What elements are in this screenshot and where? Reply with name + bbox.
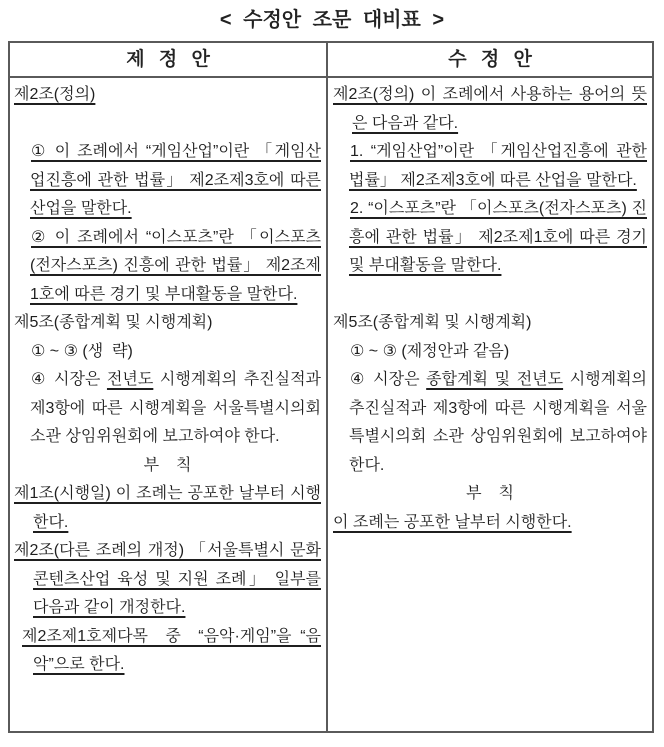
underlined-text: 제2조(정의) bbox=[14, 86, 95, 103]
paragraph: ② 이 조례에서 “이스포츠”란 「이스포츠(전자스포츠) 진흥에 관한 법률」… bbox=[14, 224, 321, 310]
underlined-text: 전년도 bbox=[107, 371, 153, 388]
underlined-text: 2. “이스포츠”란 「이스포츠(전자스포츠) 진흥에 관한 법률」 제2조제1… bbox=[349, 200, 647, 274]
blank-line bbox=[14, 110, 321, 139]
underlined-text: ② 이 조례에서 “이스포츠”란 「이스포츠(전자스포츠) 진흥에 관한 법률」… bbox=[30, 229, 321, 303]
text-segment: 부 칙 bbox=[466, 485, 514, 502]
paragraph: ① ~ ③ (제정안과 같음) bbox=[333, 338, 647, 367]
underlined-text: 이 조례는 공포한 날부터 시행한다. bbox=[333, 514, 572, 531]
text-segment: ① ~ ③ (제정안과 같음) bbox=[350, 343, 509, 360]
text-segment: 부 칙 bbox=[144, 457, 192, 474]
underlined-text: ① 이 조례에서 “게임산업”이란 「게임산업진흥에 관한 법률」 제2조제3호… bbox=[30, 143, 321, 217]
text-segment: 제5조(종합계획 및 시행계획) bbox=[14, 314, 212, 331]
page-title: < 수정안 조문 대비표 > bbox=[0, 4, 664, 36]
underlined-text: 제2조(다른 조례의 개정) 「서울특별시 문화콘텐츠산업 육성 및 지원 조례… bbox=[14, 542, 321, 616]
text-segment: ④ 시장은 bbox=[350, 371, 426, 388]
paragraph: 이 조례는 공포한 날부터 시행한다. bbox=[333, 509, 647, 538]
enactment-draft-column: 제2조(정의)① 이 조례에서 “게임산업”이란 「게임산업진흥에 관한 법률」… bbox=[10, 78, 328, 731]
text-segment: ① ~ ③ (생 략) bbox=[31, 343, 133, 360]
table-header-row: 제 정 안 수 정 안 bbox=[10, 43, 652, 78]
paragraph: 제2조제1호제다목 중 “음악·게임”을 “음악”으로 한다. bbox=[14, 623, 321, 680]
amendment-column: 제2조(정의) 이 조례에서 사용하는 용어의 뜻은 다음과 같다.1. “게임… bbox=[328, 78, 652, 731]
paragraph: ① 이 조례에서 “게임산업”이란 「게임산업진흥에 관한 법률」 제2조제3호… bbox=[14, 138, 321, 224]
paragraph: 제2조(다른 조례의 개정) 「서울특별시 문화콘텐츠산업 육성 및 지원 조례… bbox=[14, 537, 321, 623]
paragraph: 제5조(종합계획 및 시행계획) bbox=[333, 309, 647, 338]
comparison-table: 제 정 안 수 정 안 제2조(정의)① 이 조례에서 “게임산업”이란 「게임… bbox=[8, 41, 654, 733]
blank-line bbox=[333, 281, 647, 310]
header-cell-enactment-draft: 제 정 안 bbox=[10, 43, 328, 76]
underlined-text: 제1조(시행일) 이 조례는 공포한 날부터 시행한다. bbox=[14, 485, 321, 531]
paragraph: 1. “게임산업”이란 「게임산업진흥에 관한 법률」 제2조제3호에 따른 산… bbox=[333, 138, 647, 195]
underlined-text: 1. “게임산업”이란 「게임산업진흥에 관한 법률」 제2조제3호에 따른 산… bbox=[349, 143, 647, 189]
paragraph: ④ 시장은 전년도 시행계획의 추진실적과 제3항에 따른 시행계획을 서울특별… bbox=[14, 366, 321, 452]
header-cell-amendment: 수 정 안 bbox=[328, 43, 652, 76]
paragraph: 2. “이스포츠”란 「이스포츠(전자스포츠) 진흥에 관한 법률」 제2조제1… bbox=[333, 195, 647, 281]
paragraph: 제1조(시행일) 이 조례는 공포한 날부터 시행한다. bbox=[14, 480, 321, 537]
underlined-text: 종합계획 및 전년도 bbox=[426, 371, 563, 388]
paragraph: 제5조(종합계획 및 시행계획) bbox=[14, 309, 321, 338]
table-body-row: 제2조(정의)① 이 조례에서 “게임산업”이란 「게임산업진흥에 관한 법률」… bbox=[10, 78, 652, 731]
paragraph: 부 칙 bbox=[333, 480, 647, 509]
paragraph: ① ~ ③ (생 략) bbox=[14, 338, 321, 367]
paragraph: 부 칙 bbox=[14, 452, 321, 481]
paragraph: ④ 시장은 종합계획 및 전년도 시행계획의 추진실적과 제3항에 따른 시행계… bbox=[333, 366, 647, 480]
paragraph: 제2조(정의) 이 조례에서 사용하는 용어의 뜻은 다음과 같다. bbox=[333, 81, 647, 138]
text-segment: ④ 시장은 bbox=[31, 371, 107, 388]
paragraph: 제2조(정의) bbox=[14, 81, 321, 110]
text-segment: 제5조(종합계획 및 시행계획) bbox=[333, 314, 531, 331]
underlined-text: 제2조제1호제다목 중 “음악·게임”을 “음악”으로 한다. bbox=[22, 628, 321, 674]
underlined-text: 제2조(정의) 이 조례에서 사용하는 용어의 뜻은 다음과 같다. bbox=[333, 86, 647, 132]
